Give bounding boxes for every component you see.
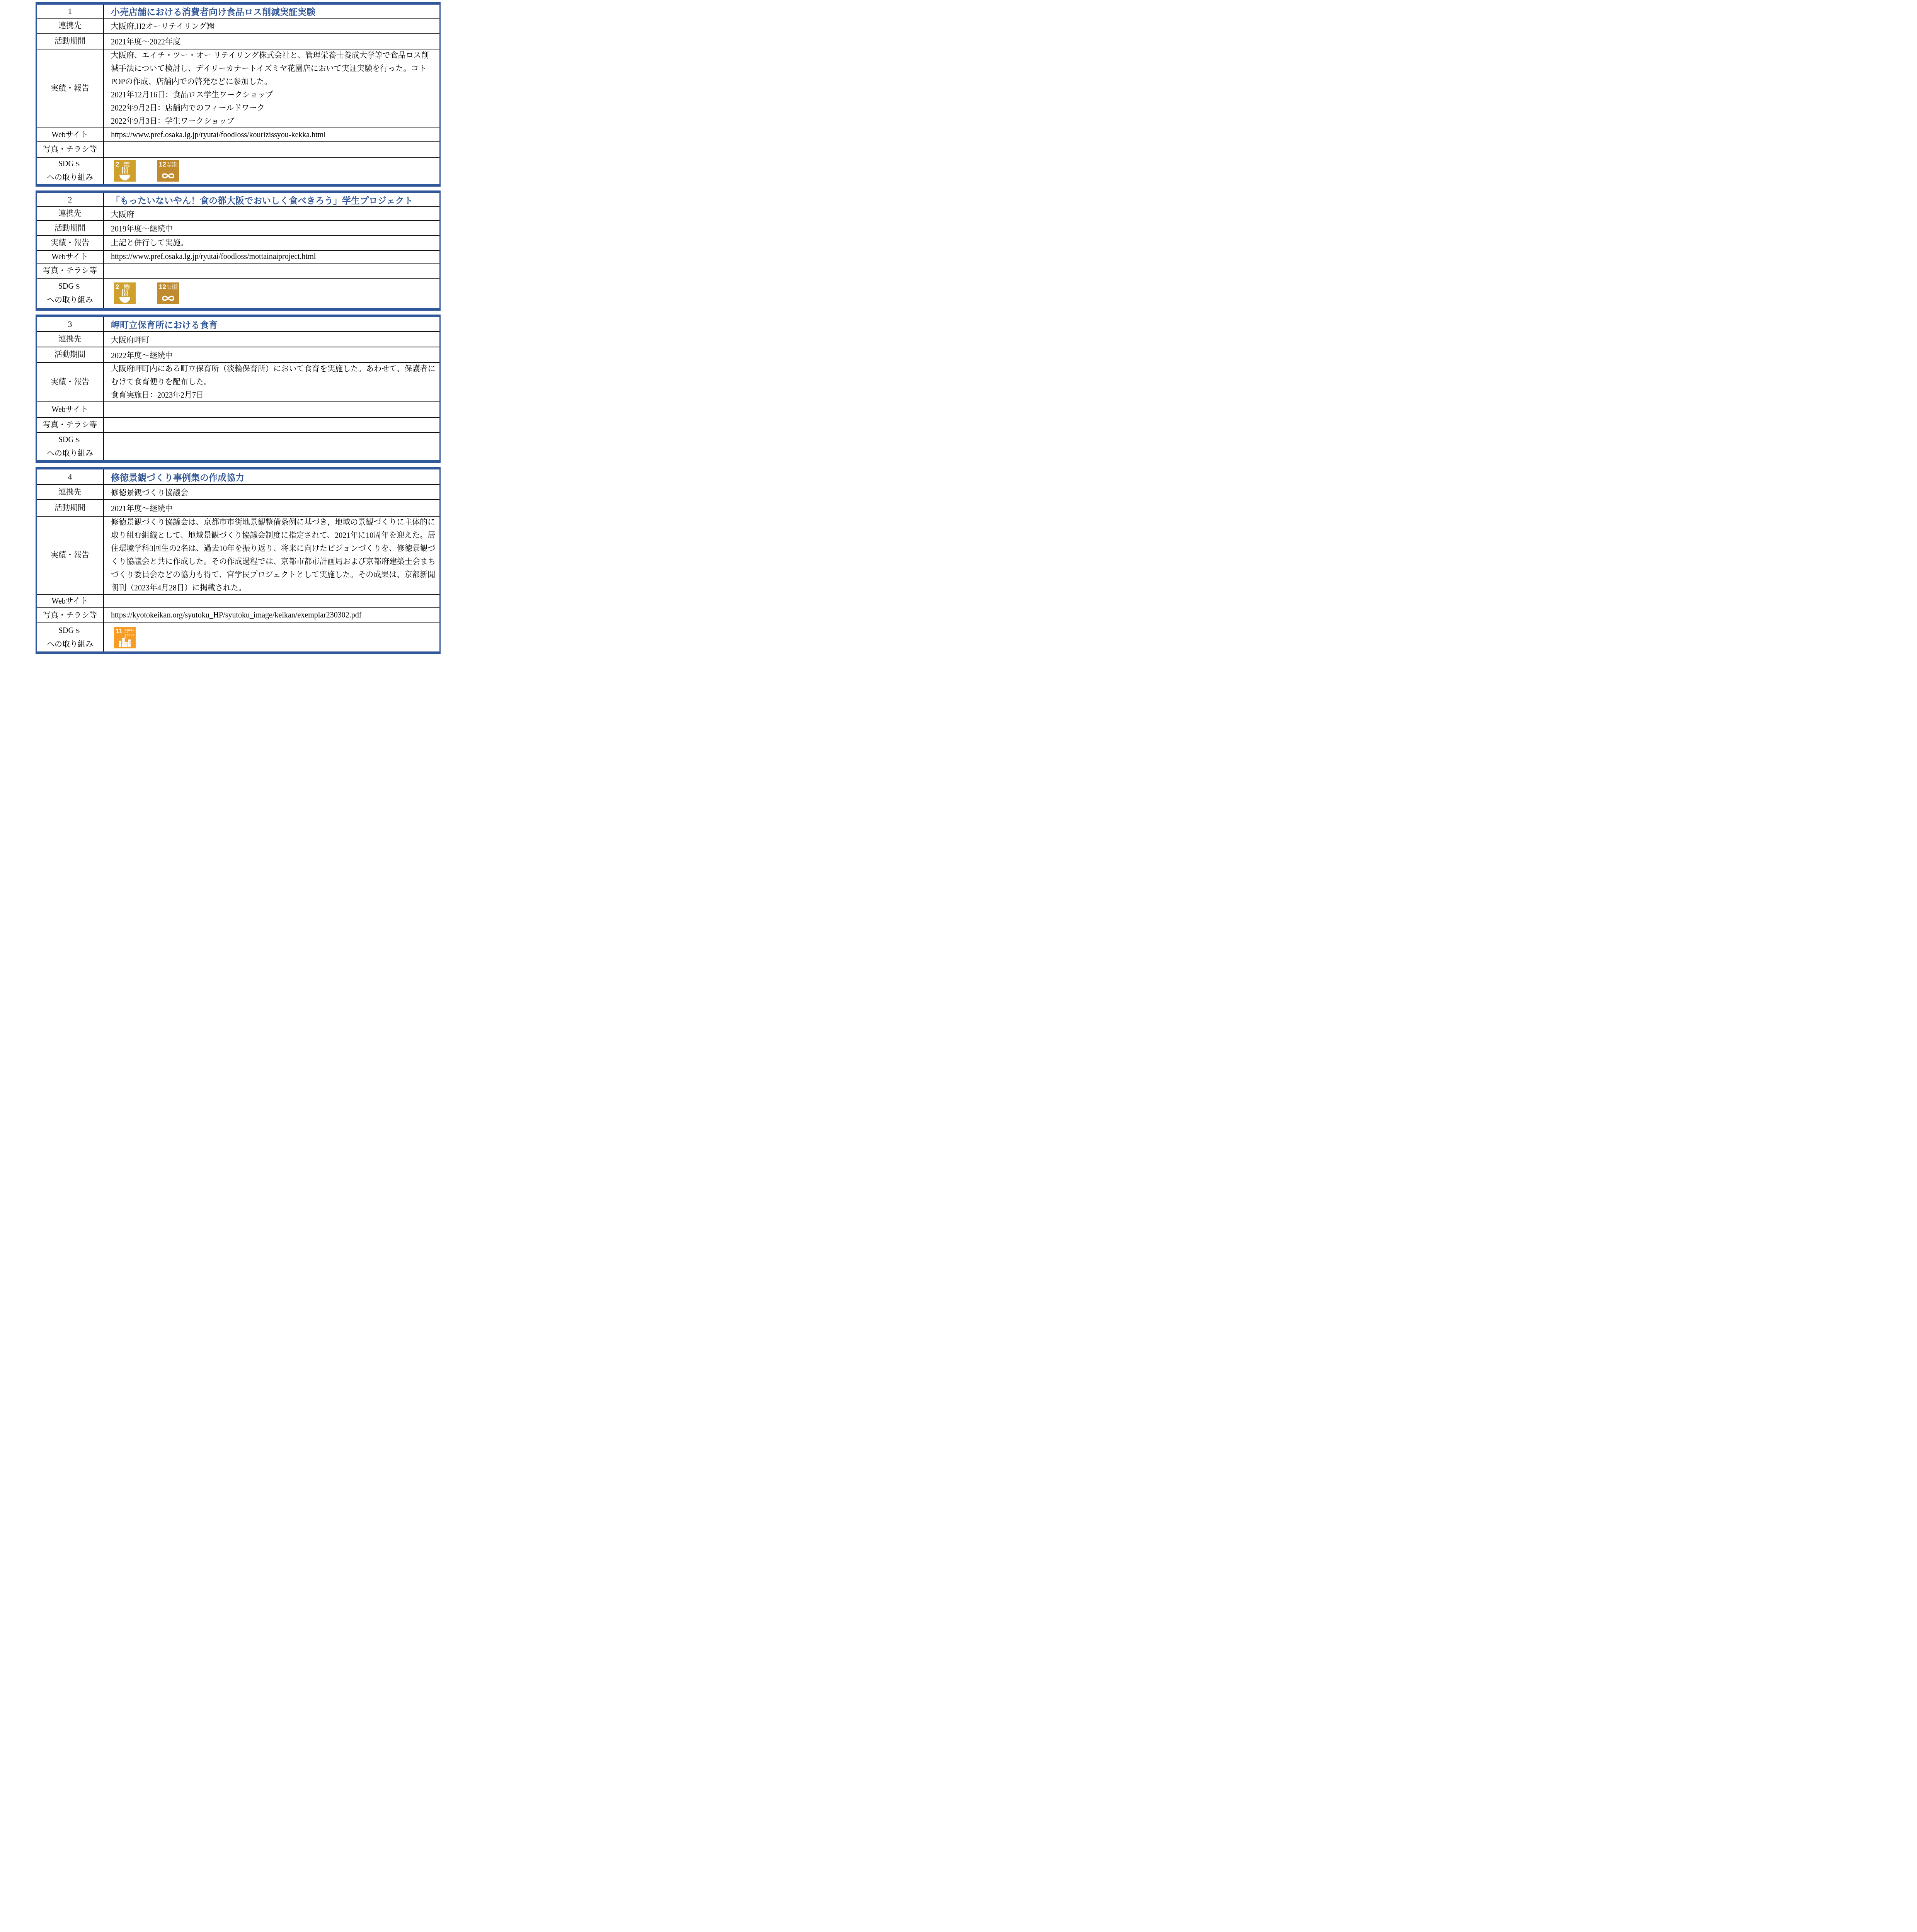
row-partner: 連携先 大阪府岬町: [37, 331, 439, 347]
row-partner: 連携先 修徳景観づくり協議会: [37, 484, 439, 499]
bowl-steam-glyph: [118, 289, 132, 303]
sdg-goal-number: 11: [116, 628, 123, 635]
project-table-4: 4 修徳景観づくり事例集の作成協力 連携先 修徳景観づくり協議会 活動期間 20…: [36, 467, 441, 654]
project-number: 3: [37, 317, 104, 331]
report-label: 実績・報告: [37, 517, 104, 594]
project-title: 「もったいないやん！食の都大阪でおいしく食べきろう」学生プロジェクト: [104, 193, 439, 206]
sdg-goal-2-icon: 2 飢餓を ゼロに: [114, 282, 136, 304]
sdg-goal-12-icon: 12 つくる責任 つかう責任: [157, 160, 179, 182]
website-url: [104, 595, 439, 607]
website-label: Webサイト: [37, 595, 104, 607]
website-url: https://www.pref.osaka.lg.jp/ryutai/food…: [104, 251, 439, 263]
website-label: Webサイト: [37, 251, 104, 263]
project-title: 修徳景観づくり事例集の作成協力: [104, 469, 439, 484]
sdgs-label: SDGｓ への取り組み: [37, 433, 104, 460]
sdg-goal-number: 12: [159, 161, 166, 168]
sdg-goal-2-icon: 2 飢餓を ゼロに: [114, 160, 136, 182]
report-label: 実績・報告: [37, 49, 104, 128]
period-value: 2019年度～継続中: [104, 221, 439, 235]
city-buildings-glyph: [119, 636, 131, 647]
bowl-steam-glyph: [118, 167, 132, 180]
partner-value: 修徳景観づくり協議会: [104, 485, 439, 499]
row-partner: 連携先 大阪府,H2オーリテイリング㈱: [37, 18, 439, 33]
partner-value: 大阪府,H2オーリテイリング㈱: [104, 19, 439, 33]
photos-label: 写真・チラシ等: [37, 418, 104, 432]
row-period: 活動期間 2021年度～継続中: [37, 499, 439, 516]
photos-label: 写真・チラシ等: [37, 264, 104, 278]
sdg-goal-number: 12: [159, 283, 166, 291]
row-sdgs: SDGｓ への取り組み 2 飢餓を ゼロに 12 つくる責任 つかう責任: [37, 157, 439, 184]
row-report: 実績・報告 修徳景観づくり協議会は、京都市市街地景観整備条例に基づき，地域の景観…: [37, 516, 439, 594]
project-number: 4: [37, 469, 104, 484]
partner-label: 連携先: [37, 207, 104, 220]
sdgs-label: SDGｓ への取り組み: [37, 158, 104, 184]
project-number: 1: [37, 5, 104, 18]
row-report: 実績・報告 上記と併行して実施。: [37, 235, 439, 250]
period-label: 活動期間: [37, 221, 104, 235]
header-row: 1 小売店舗における消費者向け食品ロス削減実証実験: [37, 5, 439, 18]
row-report: 実績・報告 大阪府、エイチ・ツー・オー リテイリング株式会社と、管理栄養士養成大…: [37, 49, 439, 128]
website-label: Webサイト: [37, 128, 104, 141]
report-text: 修徳景観づくり協議会は、京都市市街地景観整備条例に基づき，地域の景観づくりに主体…: [111, 516, 436, 595]
report-label: 実績・報告: [37, 363, 104, 401]
row-photos: 写真・チラシ等: [37, 141, 439, 157]
row-sdgs: SDGｓ への取り組み: [37, 432, 439, 460]
row-photos: 写真・チラシ等 https://kyotokeikan.org/syutoku_…: [37, 607, 439, 622]
report-value: 大阪府、エイチ・ツー・オー リテイリング株式会社と、管理栄養士養成大学等で食品ロ…: [104, 49, 439, 128]
project-title: 岬町立保育所における食育: [104, 317, 439, 331]
row-report: 実績・報告 大阪府岬町内にある町立保育所（淡輪保育所）において食育を実施した。あ…: [37, 362, 439, 401]
period-value: 2022年度～継続中: [104, 347, 439, 362]
photos-value: [104, 264, 439, 278]
partner-label: 連携先: [37, 485, 104, 499]
row-website: Webサイト https://www.pref.osaka.lg.jp/ryut…: [37, 250, 439, 263]
sdgs-value: 11 住み続けられる まちづくりを: [104, 623, 439, 651]
report-value: 修徳景観づくり協議会は、京都市市街地景観整備条例に基づき，地域の景観づくりに主体…: [104, 517, 439, 594]
sdg-goal-12-icon: 12 つくる責任 つかう責任: [157, 282, 179, 304]
website-url: [104, 402, 439, 417]
row-period: 活動期間 2019年度～継続中: [37, 220, 439, 235]
report-text: 上記と併行して実施。: [111, 236, 436, 250]
row-photos: 写真・チラシ等: [37, 417, 439, 432]
header-row: 2 「もったいないやん！食の都大阪でおいしく食べきろう」学生プロジェクト: [37, 193, 439, 206]
photos-value: [104, 142, 439, 157]
photos-label: 写真・チラシ等: [37, 142, 104, 157]
report-label: 実績・報告: [37, 236, 104, 250]
period-label: 活動期間: [37, 347, 104, 362]
document-page: 1 小売店舗における消費者向け食品ロス削減実証実験 連携先 大阪府,H2オーリテ…: [0, 0, 479, 654]
website-url: https://www.pref.osaka.lg.jp/ryutai/food…: [104, 128, 439, 141]
row-website: Webサイト: [37, 594, 439, 607]
row-sdgs: SDGｓ への取り組み 2 飢餓を ゼロに 12 つくる責任 つかう責任: [37, 278, 439, 308]
project-number: 2: [37, 193, 104, 206]
partner-value: 大阪府岬町: [104, 332, 439, 347]
photos-label: 写真・チラシ等: [37, 608, 104, 622]
period-label: 活動期間: [37, 500, 104, 516]
report-value: 大阪府岬町内にある町立保育所（淡輪保育所）において食育を実施した。あわせて、保護…: [104, 363, 439, 401]
sdgs-label: SDGｓ への取り組み: [37, 623, 104, 651]
row-website: Webサイト: [37, 401, 439, 417]
sdg-goal-11-icon: 11 住み続けられる まちづくりを: [114, 627, 136, 648]
sdg-goal-caption: つくる責任 つかう責任: [167, 285, 178, 290]
period-value: 2021年度～継続中: [104, 500, 439, 516]
row-sdgs: SDGｓ への取り組み 11 住み続けられる まちづくりを: [37, 622, 439, 651]
photos-value: https://kyotokeikan.org/syutoku_HP/syuto…: [104, 608, 439, 622]
photos-value: [104, 418, 439, 432]
project-table-2: 2 「もったいないやん！食の都大阪でおいしく食べきろう」学生プロジェクト 連携先…: [36, 190, 441, 311]
partner-value: 大阪府: [104, 207, 439, 220]
report-text: 大阪府、エイチ・ツー・オー リテイリング株式会社と、管理栄養士養成大学等で食品ロ…: [111, 49, 436, 128]
partner-label: 連携先: [37, 19, 104, 33]
sdgs-value: 2 飢餓を ゼロに 12 つくる責任 つかう責任: [104, 158, 439, 184]
row-website: Webサイト https://www.pref.osaka.lg.jp/ryut…: [37, 128, 439, 141]
row-period: 活動期間 2022年度～継続中: [37, 347, 439, 362]
website-label: Webサイト: [37, 402, 104, 417]
row-photos: 写真・チラシ等: [37, 263, 439, 278]
project-title: 小売店舗における消費者向け食品ロス削減実証実験: [104, 5, 439, 18]
partner-label: 連携先: [37, 332, 104, 347]
report-value: 上記と併行して実施。: [104, 236, 439, 250]
sdg-goal-caption: つくる責任 つかう責任: [167, 162, 178, 167]
infinity-glyph: [161, 294, 175, 303]
project-table-1: 1 小売店舗における消費者向け食品ロス削減実証実験 連携先 大阪府,H2オーリテ…: [36, 2, 441, 187]
row-period: 活動期間 2021年度～2022年度: [37, 33, 439, 49]
sdgs-label: SDGｓ への取り組み: [37, 279, 104, 308]
report-text: 大阪府岬町内にある町立保育所（淡輪保育所）において食育を実施した。あわせて、保護…: [111, 362, 436, 402]
period-label: 活動期間: [37, 34, 104, 49]
sdgs-value: [104, 433, 439, 460]
project-table-3: 3 岬町立保育所における食育 連携先 大阪府岬町 活動期間 2022年度～継続中…: [36, 315, 441, 463]
header-row: 3 岬町立保育所における食育: [37, 317, 439, 331]
row-partner: 連携先 大阪府: [37, 206, 439, 220]
period-value: 2021年度～2022年度: [104, 34, 439, 49]
header-row: 4 修徳景観づくり事例集の作成協力: [37, 469, 439, 484]
sdgs-value: 2 飢餓を ゼロに 12 つくる責任 つかう責任: [104, 279, 439, 308]
infinity-glyph: [161, 171, 175, 180]
